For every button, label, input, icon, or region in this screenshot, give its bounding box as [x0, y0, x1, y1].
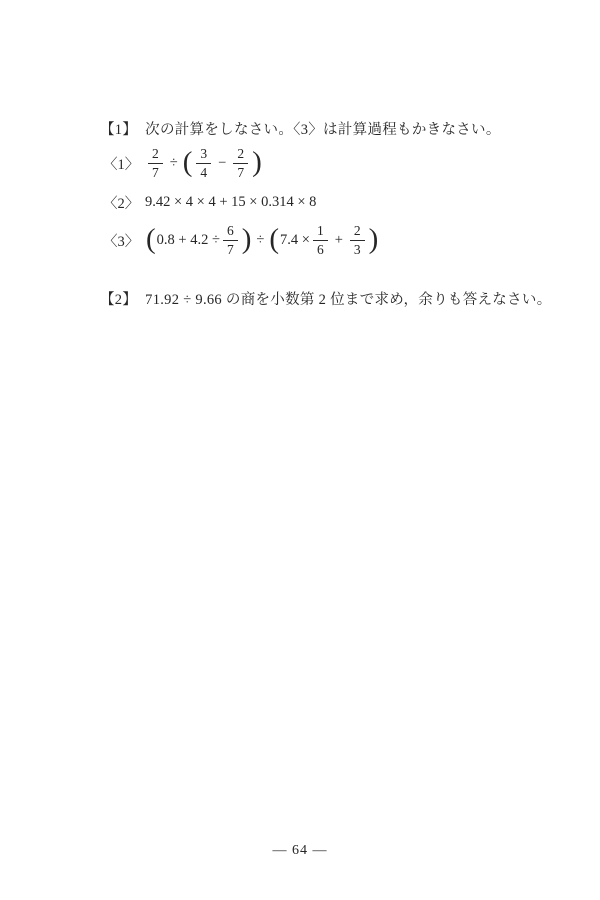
question-2-expression: 9.42 × 4 × 4 + 15 × 0.314 × 8 [145, 194, 316, 211]
problem-1-instruction: 次の計算をしなさい。〈3〉は計算過程もかきなさい。 [145, 118, 501, 139]
problem-1-heading: 【1】 次の計算をしなさい。〈3〉は計算過程もかきなさい。 [100, 118, 501, 139]
left-paren: ( [269, 225, 279, 254]
right-paren: ) [242, 225, 252, 254]
question-1-row: 〈1〉 2 7 ÷ ( 3 4 − 2 7 ) [103, 144, 263, 182]
expression-text: 0.8 + 4.2 ÷ [157, 232, 220, 249]
numerator: 2 [148, 146, 163, 164]
fraction: 2 3 [350, 223, 365, 257]
numerator: 1 [313, 223, 328, 241]
denominator: 3 [350, 241, 365, 258]
question-3-label: 〈3〉 [103, 230, 145, 251]
fraction: 2 7 [233, 146, 248, 180]
question-2-label: 〈2〉 [103, 192, 145, 213]
fraction: 2 7 [148, 146, 163, 180]
fraction: 3 4 [196, 146, 211, 180]
problem-2-text: 71.92 ÷ 9.66 の商を小数第 2 位まで求め，余りも答えなさい。 [145, 288, 551, 309]
right-paren: ) [369, 225, 379, 254]
right-paren: ) [252, 148, 262, 177]
denominator: 7 [233, 164, 248, 181]
question-1-label: 〈1〉 [103, 153, 145, 174]
question-1-expression: 2 7 ÷ ( 3 4 − 2 7 ) [145, 146, 263, 180]
numerator: 6 [223, 223, 238, 241]
left-paren: ( [183, 148, 193, 177]
page-number: — 64 — [0, 843, 600, 859]
question-3-row: 〈3〉 ( 0.8 + 4.2 ÷ 6 7 ) ÷ ( 7.4 × 1 6 + … [103, 221, 379, 259]
numerator: 2 [350, 223, 365, 241]
denominator: 7 [223, 241, 238, 258]
denominator: 6 [313, 241, 328, 258]
numerator: 2 [233, 146, 248, 164]
denominator: 7 [148, 164, 163, 181]
problem-2-label: 【2】 [100, 288, 137, 309]
divide-operator: ÷ [170, 155, 178, 172]
divide-operator: ÷ [256, 232, 264, 249]
expression-text: 7.4 × [280, 232, 310, 249]
plus-operator: + [335, 232, 343, 249]
minus-operator: − [218, 155, 226, 172]
problem-1-label: 【1】 [100, 118, 137, 139]
left-paren: ( [146, 225, 156, 254]
fraction: 1 6 [313, 223, 328, 257]
problem-2-heading: 【2】 71.92 ÷ 9.66 の商を小数第 2 位まで求め，余りも答えなさい… [100, 288, 552, 309]
question-3-expression: ( 0.8 + 4.2 ÷ 6 7 ) ÷ ( 7.4 × 1 6 + 2 3 … [145, 223, 379, 257]
denominator: 4 [196, 164, 211, 181]
fraction: 6 7 [223, 223, 238, 257]
question-2-row: 〈2〉 9.42 × 4 × 4 + 15 × 0.314 × 8 [103, 192, 316, 212]
numerator: 3 [196, 146, 211, 164]
worksheet-page: 【1】 次の計算をしなさい。〈3〉は計算過程もかきなさい。 〈1〉 2 7 ÷ … [0, 0, 600, 900]
